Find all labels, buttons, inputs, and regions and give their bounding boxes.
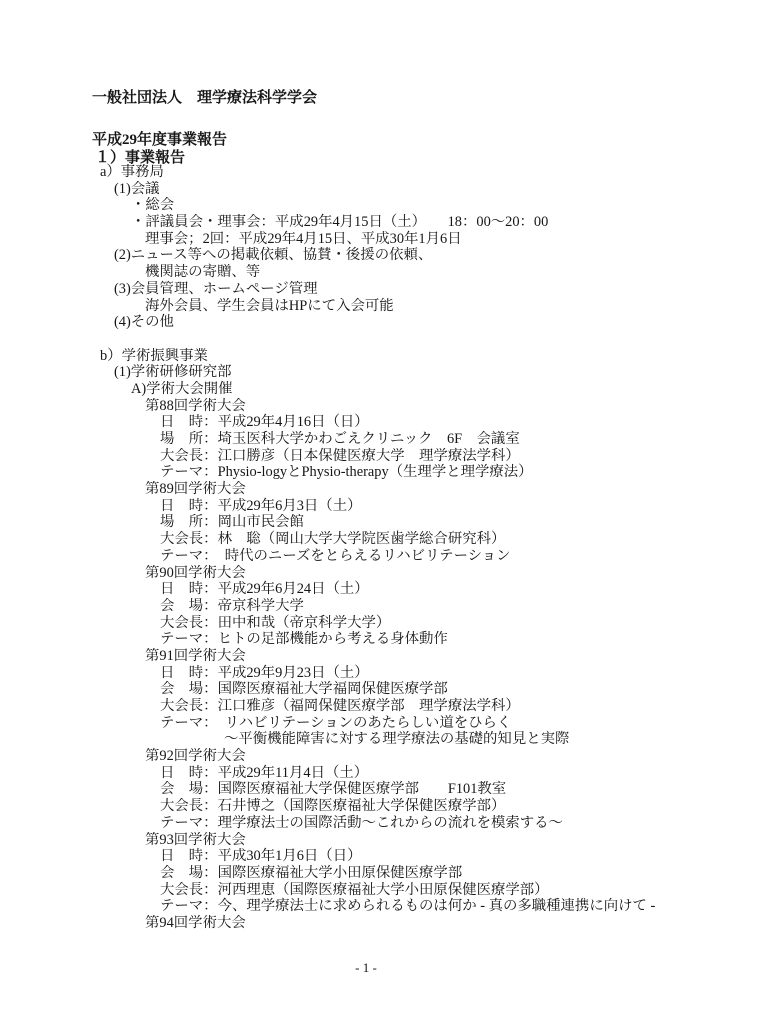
document-line: 大会長：河西理恵（国際医療福祉大学小田原保健医療学部） bbox=[0, 882, 770, 899]
document-line: 理事会；2回：平成29年4月15日、平成30年1月6日 bbox=[0, 231, 770, 248]
document-line: 大会長：林 聡（岡山大学大学院医歯学総合研究科） bbox=[0, 531, 770, 548]
document-line: (2)ニュース等への掲載依頼、協賛・後援の依頼、 bbox=[0, 247, 770, 264]
document-line: ・評議員会・理事会：平成29年4月15日（土） 18：00～20：00 bbox=[0, 214, 770, 231]
document-line: テーマ： 時代のニーズをとらえるリハビリテーション bbox=[0, 548, 770, 565]
document-line: 日 時：平成29年6月24日（土） bbox=[0, 581, 770, 598]
document-line: 大会長：江口雅彦（福岡保健医療学部 理学療法学科） bbox=[0, 698, 770, 715]
document-line: 場 所：埼玉医科大学かわごえクリニック 6F 会議室 bbox=[0, 431, 770, 448]
document-line: A)学術大会開催 bbox=[0, 381, 770, 398]
document-line: テーマ：理学療法士の国際活動～これからの流れを模索する～ bbox=[0, 815, 770, 832]
document-line: 機関誌の寄贈、等 bbox=[0, 264, 770, 281]
document-line: 大会長：江口勝彦（日本保健医療大学 理学療法学科） bbox=[0, 448, 770, 465]
document-line: 日 時：平成30年1月6日（日） bbox=[0, 848, 770, 865]
document-line: テーマ： リハビリテーションのあたらしい道をひらく bbox=[0, 715, 770, 732]
document-line: 会 場：帝京科学大学 bbox=[0, 598, 770, 615]
document-line: 第93回学術大会 bbox=[0, 832, 770, 849]
document-line: 第89回学術大会 bbox=[0, 481, 770, 498]
document-line: (4)その他 bbox=[0, 314, 770, 331]
document-line: ～平衡機能障害に対する理学療法の基礎的知見と実際 bbox=[0, 731, 770, 748]
document-line: ・総会 bbox=[0, 197, 770, 214]
page-number: - 1 - bbox=[0, 960, 732, 976]
document-line: (1)学術研修研究部 bbox=[0, 364, 770, 381]
document-line: 第91回学術大会 bbox=[0, 648, 770, 665]
document-line: 日 時：平成29年11月4日（土） bbox=[0, 765, 770, 782]
document-line: 日 時：平成29年9月23日（土） bbox=[0, 665, 770, 682]
document-line: 会 場：国際医療福祉大学福岡保健医療学部 bbox=[0, 681, 770, 698]
document-page: 一般社団法人 理学療法科学学会 平成29年度事業報告 １）事業報告 a）事務局(… bbox=[0, 0, 770, 1024]
document-line: (1)会議 bbox=[0, 181, 770, 198]
document-line: 海外会員、学生会員はHPにて入会可能 bbox=[0, 298, 770, 315]
document-line: テーマ：Physio-logyとPhysio-therapy（生理学と理学療法） bbox=[0, 464, 770, 481]
document-line: a）事務局 bbox=[0, 164, 770, 181]
document-body: a）事務局(1)会議・総会・評議員会・理事会：平成29年4月15日（土） 18：… bbox=[0, 164, 770, 932]
blank-line bbox=[0, 331, 770, 348]
document-line: (3)会員管理、ホームページ管理 bbox=[0, 281, 770, 298]
document-line: 第94回学術大会 bbox=[0, 915, 770, 932]
document-line: b）学術振興事業 bbox=[0, 348, 770, 365]
document-line: テーマ：ヒトの足部機能から考える身体動作 bbox=[0, 631, 770, 648]
document-line: 日 時：平成29年4月16日（日） bbox=[0, 414, 770, 431]
document-line: 会 場：国際医療福祉大学保健医療学部 F101教室 bbox=[0, 781, 770, 798]
document-line: 日 時：平成29年6月3日（土） bbox=[0, 498, 770, 515]
document-line: 会 場：国際医療福祉大学小田原保健医療学部 bbox=[0, 865, 770, 882]
document-line: 第92回学術大会 bbox=[0, 748, 770, 765]
document-line: 第90回学術大会 bbox=[0, 565, 770, 582]
organization-title: 一般社団法人 理学療法科学学会 bbox=[92, 86, 317, 107]
document-line: 第88回学術大会 bbox=[0, 398, 770, 415]
document-line: 場 所：岡山市民会館 bbox=[0, 514, 770, 531]
document-line: 大会長：田中和哉（帝京科学大学） bbox=[0, 615, 770, 632]
document-line: テーマ：今、理学療法士に求められるものは何か - 真の多職種連携に向けて - bbox=[0, 898, 770, 915]
document-line: 大会長：石井博之（国際医療福祉大学保健医療学部） bbox=[0, 798, 770, 815]
